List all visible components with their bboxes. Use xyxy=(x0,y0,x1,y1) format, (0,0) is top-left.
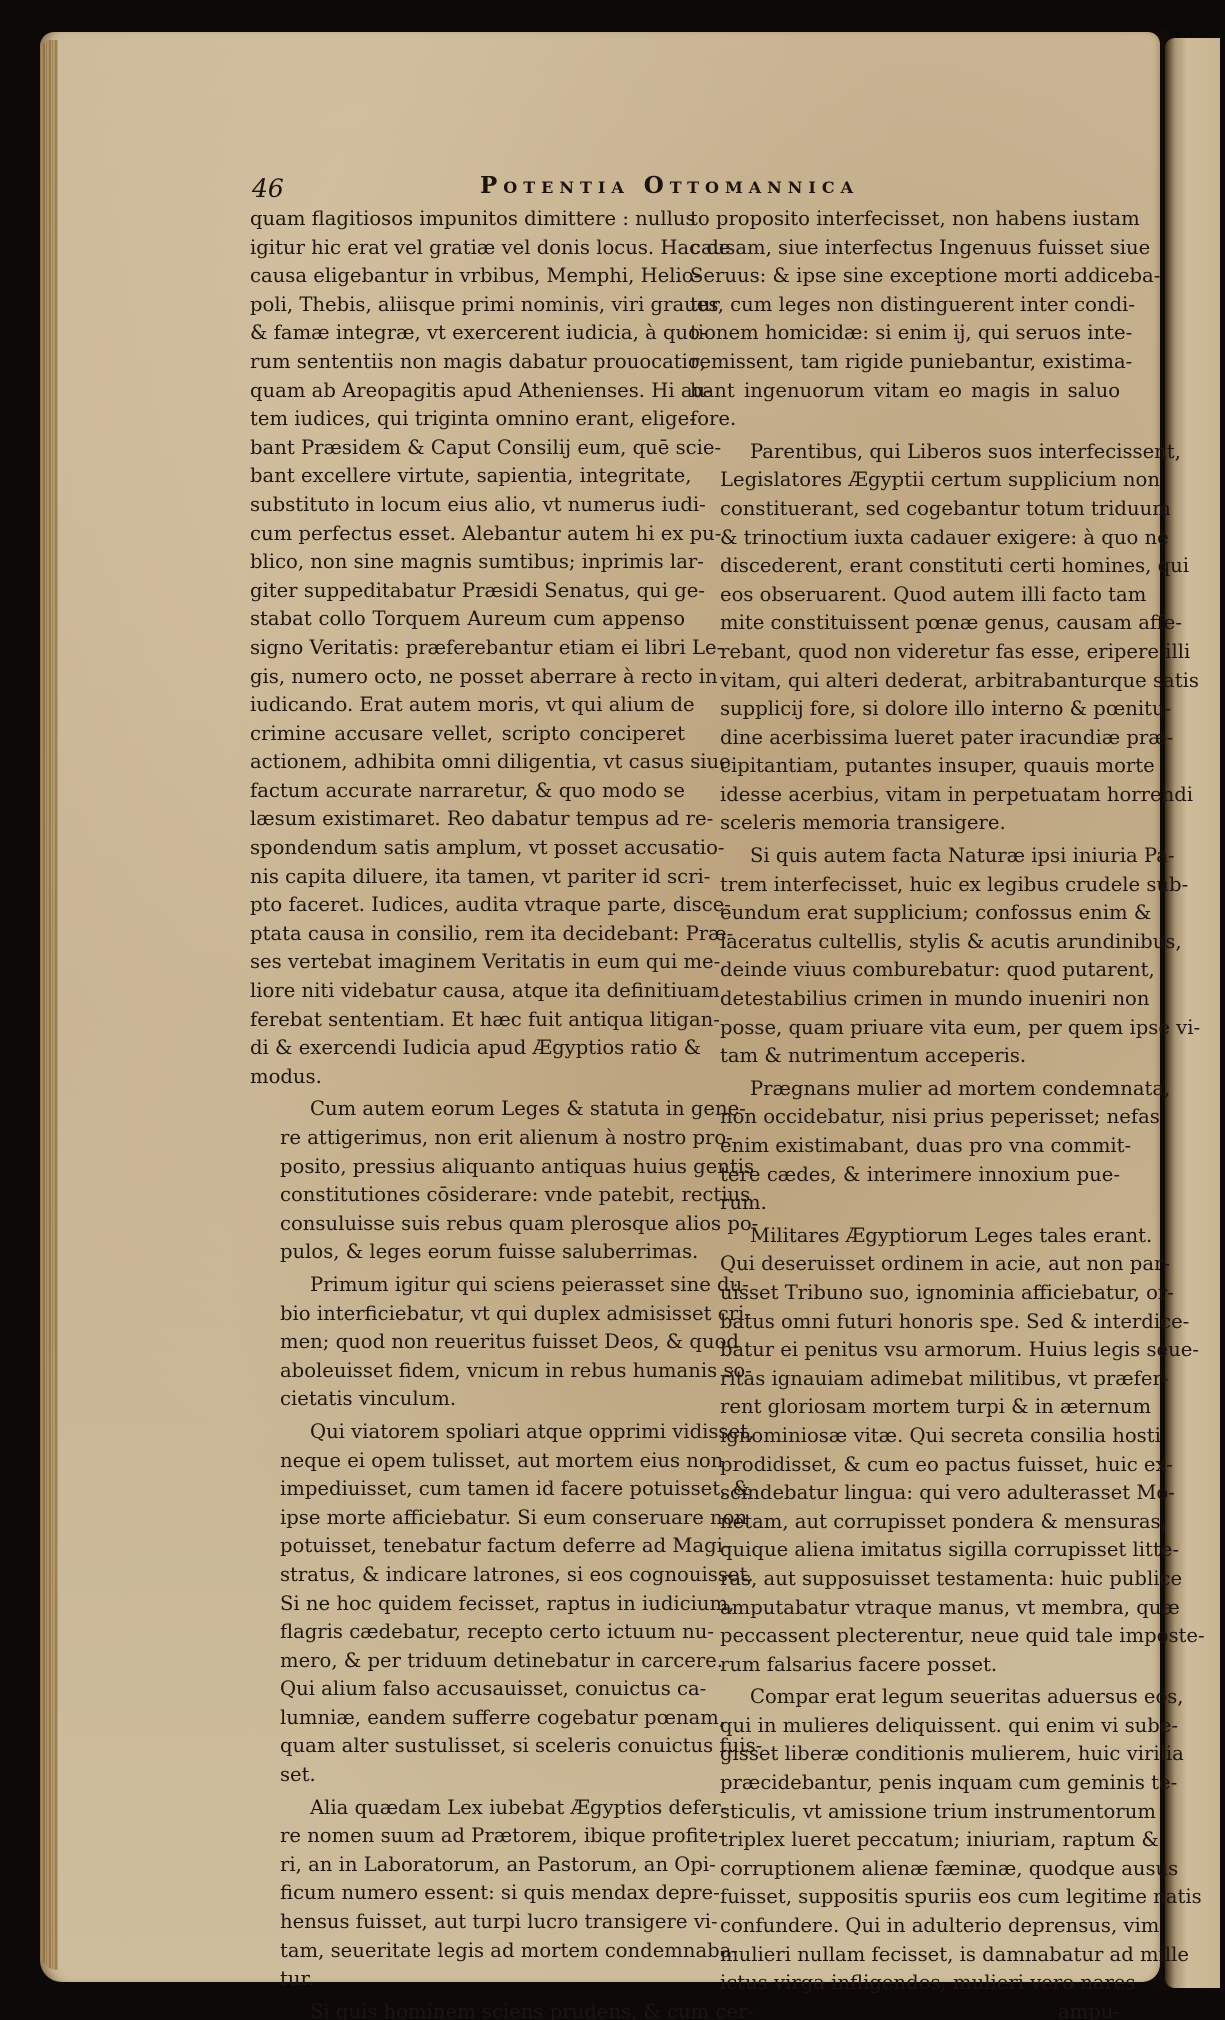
text-line: idesse acerbius, vitam in perpetuatam ho… xyxy=(690,781,1120,810)
text-line: remissent, tam rigide puniebantur, exist… xyxy=(690,348,1120,377)
paragraph: Alia quædam Lex iubebat Ægyptios defer-r… xyxy=(250,1794,685,1994)
text-line: Legislatores Ægyptii certum supplicium n… xyxy=(690,466,1120,495)
text-line: stabat collo Torquem Aureum cum appenso xyxy=(250,605,685,634)
text-line: di & exercendi Iudicia apud Ægyptios rat… xyxy=(250,1034,685,1063)
text-line: amputabatur vtraque manus, vt membra, qu… xyxy=(690,1594,1120,1623)
text-line: ritas ignauiam adimebat militibus, vt pr… xyxy=(690,1365,1120,1394)
text-line: læsum existimaret. Reo dabatur tempus ad… xyxy=(250,805,685,834)
text-line: rum. xyxy=(690,1189,1120,1218)
text-line: tem iudices, qui triginta omnino erant, … xyxy=(250,405,685,434)
text-line: fuisset, suppositis spuriis eos cum legi… xyxy=(690,1883,1120,1912)
text-line: causam, siue interfectus Ingenuus fuisse… xyxy=(690,234,1120,263)
paragraph: Primum igitur qui sciens peierasset sine… xyxy=(250,1271,685,1414)
text-line: pto faceret. Iudices, audita vtraque par… xyxy=(250,891,685,920)
text-line: constitutiones cōsiderare: vnde patebit,… xyxy=(250,1181,685,1210)
text-line: liore niti videbatur causa, atque ita de… xyxy=(250,977,685,1006)
text-line: & trinoctium iuxta cadauer exigere: à qu… xyxy=(690,524,1120,553)
text-line: mulieri nullam fecisset, is damnabatur a… xyxy=(690,1941,1120,1970)
text-line: quam flagitiosos impunitos dimittere : n… xyxy=(250,205,685,234)
text-line: consuluisse suis rebus quam plerosque al… xyxy=(250,1210,685,1239)
text-line: tionem homicidæ: si enim ij, qui seruos … xyxy=(690,319,1120,348)
text-line: flagris cædebatur, recepto certo ictuum … xyxy=(250,1618,685,1647)
text-line: ignominiosæ vitæ. Qui secreta consilia h… xyxy=(690,1422,1120,1451)
text-line: neque ei opem tulisset, aut mortem eius … xyxy=(250,1447,685,1476)
text-line: spondendum satis amplum, vt posset accus… xyxy=(250,834,685,863)
text-line: detestabilius crimen in mundo inueniri n… xyxy=(690,985,1120,1014)
text-line: Si ne hoc quidem fecisset, raptus in iud… xyxy=(250,1590,685,1619)
text-line: tur. xyxy=(250,1965,685,1994)
text-line: discederent, erant constituti certi homi… xyxy=(690,552,1120,581)
text-line: deinde viuus comburebatur: quod putarent… xyxy=(690,956,1120,985)
text-line: stratus, & indicare latrones, si eos cog… xyxy=(250,1561,685,1590)
text-line: re nomen suum ad Prætorem, ibique profit… xyxy=(250,1822,685,1851)
text-line: tam & nutrimentum acceperis. xyxy=(690,1042,1120,1071)
paragraph: quam flagitiosos impunitos dimittere : n… xyxy=(250,205,685,1091)
text-line: bio interficiebatur, vt qui duplex admis… xyxy=(250,1300,685,1329)
text-line: netam, aut corrupisset pondera & mensura… xyxy=(690,1508,1120,1537)
text-line: gisset liberæ conditionis mulierem, huic… xyxy=(690,1740,1120,1769)
text-line: men; quod non reueritus fuisset Deos, & … xyxy=(250,1328,685,1357)
text-line: Compar erat legum seueritas aduersus eos… xyxy=(690,1683,1120,1712)
text-line: Militares Ægyptiorum Leges tales erant. xyxy=(690,1222,1120,1251)
text-line: bant excellere virtute, sapientia, integ… xyxy=(250,462,685,491)
text-line: iudicando. Erat autem moris, vt qui aliu… xyxy=(250,691,685,720)
text-line: quam ab Areopagitis apud Athenienses. Hi… xyxy=(250,377,685,406)
text-line: eundum erat supplicium; confossus enim & xyxy=(690,899,1120,928)
text-line: uisset Tribuno suo, ignominia afficiebat… xyxy=(690,1279,1120,1308)
text-line: non occidebatur, nisi prius peperisset; … xyxy=(690,1103,1120,1132)
text-line: corruptionem alienæ fæminæ, quodque ausu… xyxy=(690,1855,1120,1884)
text-line: ictus virga infligendos, mulieri vero na… xyxy=(690,1969,1120,1998)
text-line: igitur hic erat vel gratiæ vel donis loc… xyxy=(250,234,685,263)
text-line: quique aliena imitatus sigilla corrupiss… xyxy=(690,1536,1120,1565)
text-line: modus. xyxy=(250,1063,685,1092)
text-line: cum perfectus esset. Alebantur autem hi … xyxy=(250,520,685,549)
page-number: 46 xyxy=(252,174,284,203)
text-line: trem interfecisset, huic ex legibus crud… xyxy=(690,871,1120,900)
text-line: posito, pressius aliquanto antiquas huiu… xyxy=(250,1153,685,1182)
text-line: bant Præsidem & Caput Consilij eum, quē … xyxy=(250,434,685,463)
text-line: pulos, & leges eorum fuisse saluberrimas… xyxy=(250,1238,685,1267)
paragraph: to proposito interfecisset, non habens i… xyxy=(690,205,1120,434)
text-line: supplicij fore, si dolore illo interno &… xyxy=(690,695,1120,724)
text-line: Prægnans mulier ad mortem condemnata, xyxy=(690,1075,1120,1104)
paragraph: Si quis autem facta Naturæ ipsi iniuria … xyxy=(690,842,1120,1071)
text-line: & famæ integræ, vt exercerent iudicia, à… xyxy=(250,319,685,348)
text-line: rent gloriosam mortem turpi & in æternum xyxy=(690,1393,1120,1422)
text-line: scindebatur lingua: qui vero adulterasse… xyxy=(690,1479,1120,1508)
text-line: cietatis vinculum. xyxy=(250,1385,685,1414)
text-line: ri, an in Laboratorum, an Pastorum, an O… xyxy=(250,1851,685,1880)
text-line: ras, aut supposuisset testamenta: huic p… xyxy=(690,1565,1120,1594)
text-line: factum accurate narraretur, & quo modo s… xyxy=(250,777,685,806)
running-header: 46 Potentia Ottomannica xyxy=(250,172,1110,202)
text-line: rum sententiis non magis dabatur prouoca… xyxy=(250,348,685,377)
text-line: signo Veritatis: præferebantur etiam ei … xyxy=(250,634,685,663)
text-line: blico, non sine magnis sumtibus; inprimi… xyxy=(250,548,685,577)
text-line: hensus fuisset, aut turpi lucro transige… xyxy=(250,1908,685,1937)
text-line: mero, & per triduum detinebatur in carce… xyxy=(250,1647,685,1676)
text-line: giter suppeditabatur Præsidi Senatus, qu… xyxy=(250,577,685,606)
text-line: batur ei penitus vsu armorum. Huius legi… xyxy=(690,1336,1120,1365)
text-line: enim existimabant, duas pro vna commit- xyxy=(690,1132,1120,1161)
text-line: Cum autem eorum Leges & statuta in gene- xyxy=(250,1095,685,1124)
text-line: poli, Thebis, aliisque primi nominis, vi… xyxy=(250,291,685,320)
text-line: vitam, qui alteri dederat, arbitrabantur… xyxy=(690,667,1120,696)
text-line: mite constituissent pœnæ genus, causam a… xyxy=(690,609,1120,638)
text-line: tere cædes, & interimere innoxium pue- xyxy=(690,1161,1120,1190)
text-line: fore. xyxy=(690,405,1120,434)
text-line: causa eligebantur in vrbibus, Memphi, He… xyxy=(250,262,685,291)
text-line: eos obseruarent. Quod autem illi facto t… xyxy=(690,581,1120,610)
right-text-column: to proposito interfecisset, non habens i… xyxy=(690,205,1120,2020)
text-line: ficum numero essent: si quis mendax depr… xyxy=(250,1879,685,1908)
text-line: crimine accusare vellet, scripto concipe… xyxy=(250,720,685,749)
text-line: ses vertebat imaginem Veritatis in eum q… xyxy=(250,948,685,977)
text-line: triplex lueret peccatum; iniuriam, raptu… xyxy=(690,1826,1120,1855)
text-line: tur, cum leges non distinguerent inter c… xyxy=(690,291,1120,320)
text-line: dine acerbissima lueret pater iracundiæ … xyxy=(690,724,1120,753)
text-line: Seruus: & ipse sine exceptione morti add… xyxy=(690,262,1120,291)
page-block-edge xyxy=(40,40,58,1970)
text-line: posse, quam priuare vita eum, per quem i… xyxy=(690,1014,1120,1043)
text-line: peccassent plecterentur, neue quid tale … xyxy=(690,1622,1120,1651)
catchword: ampu- xyxy=(690,1998,1120,2020)
running-title: Potentia Ottomannica xyxy=(480,172,859,199)
paragraph: Qui viatorem spoliari atque opprimi vidi… xyxy=(250,1418,685,1790)
text-line: laceratus cultellis, stylis & acutis aru… xyxy=(690,928,1120,957)
paragraph: Prægnans mulier ad mortem condemnata,non… xyxy=(690,1075,1120,1218)
text-line: lumniæ, eandem sufferre cogebatur pœnam, xyxy=(250,1704,685,1733)
text-line: to proposito interfecisset, non habens i… xyxy=(690,205,1120,234)
text-line: tam, seueritate legis ad mortem condemna… xyxy=(250,1937,685,1966)
text-line: bant ingenuorum vitam eo magis in saluo xyxy=(690,377,1120,406)
paragraph: Militares Ægyptiorum Leges tales erant.Q… xyxy=(690,1222,1120,1680)
text-line: Parentibus, qui Liberos suos interfeciss… xyxy=(690,438,1120,467)
text-line: Si quis hominem sciens prudens, & cum ce… xyxy=(250,1998,685,2020)
text-line: actionem, adhibita omni diligentia, vt c… xyxy=(250,748,685,777)
text-line: nis capita diluere, ita tamen, vt parite… xyxy=(250,863,685,892)
text-line: constituerant, sed cogebantur totum trid… xyxy=(690,495,1120,524)
text-line: Qui alium falso accusauisset, conuictus … xyxy=(250,1675,685,1704)
text-line: Qui viatorem spoliari atque opprimi vidi… xyxy=(250,1418,685,1447)
text-line: ptata causa in consilio, rem ita decideb… xyxy=(250,920,685,949)
paragraph: Compar erat legum seueritas aduersus eos… xyxy=(690,1683,1120,1998)
text-line: batus omni futuri honoris spe. Sed & int… xyxy=(690,1308,1120,1337)
text-line: rum falsarius facere posset. xyxy=(690,1651,1120,1680)
text-line: rebant, quod non videretur fas esse, eri… xyxy=(690,638,1120,667)
text-line: Alia quædam Lex iubebat Ægyptios defer- xyxy=(250,1794,685,1823)
paragraph: Cum autem eorum Leges & statuta in gene-… xyxy=(250,1095,685,1267)
left-text-column: quam flagitiosos impunitos dimittere : n… xyxy=(250,205,685,2020)
text-line: impediuisset, cum tamen id facere potuis… xyxy=(250,1475,685,1504)
text-line: gis, numero octo, ne posset aberrare à r… xyxy=(250,663,685,692)
text-line: ferebat sententiam. Et hæc fuit antiqua … xyxy=(250,1006,685,1035)
text-line: set. xyxy=(250,1761,685,1790)
text-line: confundere. Qui in adulterio deprensus, … xyxy=(690,1912,1120,1941)
paragraph: Si quis hominem sciens prudens, & cum ce… xyxy=(250,1998,685,2020)
text-line: aboleuisset fidem, vnicum in rebus human… xyxy=(250,1357,685,1386)
text-line: sticulis, vt amissione trium instrumento… xyxy=(690,1798,1120,1827)
text-line: qui in mulieres deliquissent. qui enim v… xyxy=(690,1712,1120,1741)
text-line: ipse morte afficiebatur. Si eum conserua… xyxy=(250,1504,685,1533)
text-line: Qui deseruisset ordinem in acie, aut non… xyxy=(690,1250,1120,1279)
text-line: Si quis autem facta Naturæ ipsi iniuria … xyxy=(690,842,1120,871)
text-line: substituto in locum eius alio, vt numeru… xyxy=(250,491,685,520)
text-line: quam alter sustulisset, si sceleris conu… xyxy=(250,1732,685,1761)
text-line: potuisset, tenebatur factum deferre ad M… xyxy=(250,1532,685,1561)
text-line: prodidisset, & cum eo pactus fuisset, hu… xyxy=(690,1451,1120,1480)
text-line: præcidebantur, penis inquam cum geminis … xyxy=(690,1769,1120,1798)
text-line: re attigerimus, non erit alienum à nostr… xyxy=(250,1124,685,1153)
text-line: cipitantiam, putantes insuper, quauis mo… xyxy=(690,752,1120,781)
text-line: Primum igitur qui sciens peierasset sine… xyxy=(250,1271,685,1300)
text-line: sceleris memoria transigere. xyxy=(690,809,1120,838)
paragraph: Parentibus, qui Liberos suos interfeciss… xyxy=(690,438,1120,838)
